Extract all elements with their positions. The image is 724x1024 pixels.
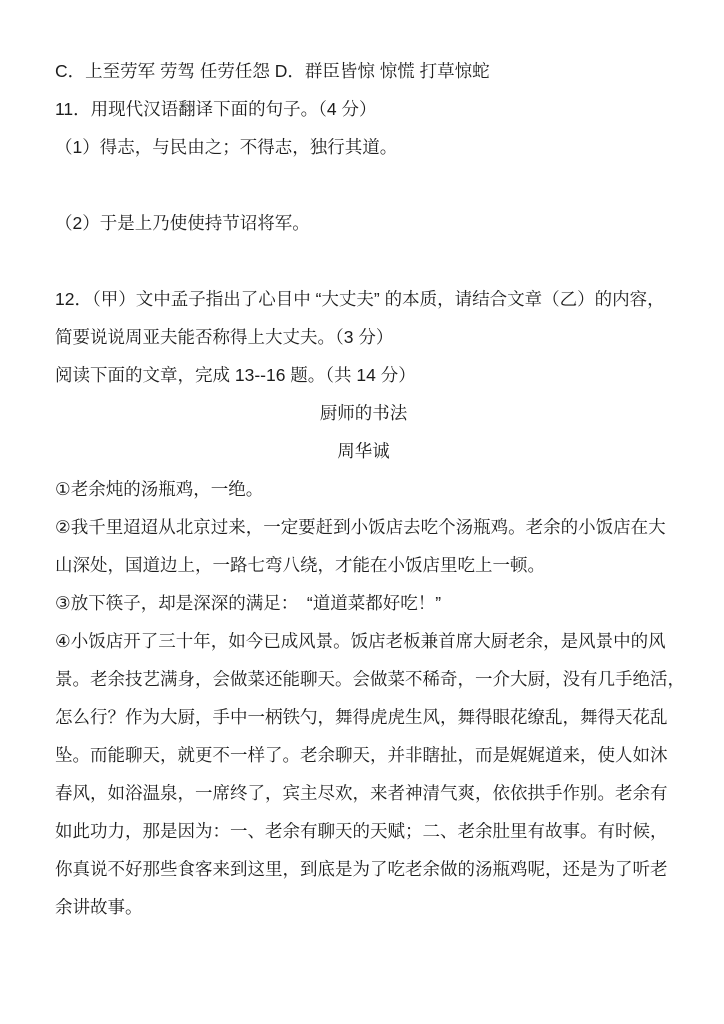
essay-paragraph-4-line-3: 怎么行？作为大厨，手中一柄铁勺，舞得虎虎生风，舞得眼花缭乱，舞得天花乱 [55, 698, 672, 736]
essay-paragraph-4-line-6: 如此功力，那是因为：一、老余有聊天的天赋；二、老余肚里有故事。有时候， [55, 812, 672, 850]
mcq-options-line-c-d: C．上至劳军 劳驾 任劳任怨 D．群臣皆惊 惊慌 打草惊蛇 [55, 52, 672, 90]
question-12-line-1: 12．（甲）文中孟子指出了心目中 “大丈夫” 的本质，请结合文章（乙）的内容， [55, 280, 672, 318]
essay-paragraph-2-line-1: ②我千里迢迢从北京过来，一定要赶到小饭店去吃个汤瓶鸡。老余的小饭店在大 [55, 508, 672, 546]
essay-paragraph-3: ③放下筷子，却是深深的满足： “道道菜都好吃！” [55, 584, 672, 622]
essay-paragraph-4-line-2: 景。老余技艺满身，会做菜还能聊天。会做菜不稀奇，一介大厨，没有几手绝活， [55, 660, 672, 698]
essay-paragraph-4-line-1: ④小饭店开了三十年，如今已成风景。饭店老板兼首席大厨老余，是风景中的风 [55, 622, 672, 660]
question-11-part-1: （1）得志，与民由之；不得志，独行其道。 [55, 128, 672, 166]
question-12-line-2: 简要说说周亚夫能否称得上大丈夫。（3 分） [55, 318, 672, 356]
question-11-part-2: （2）于是上乃使使持节诏将军。 [55, 204, 672, 242]
exam-document-page: C．上至劳军 劳驾 任劳任怨 D．群臣皆惊 惊慌 打草惊蛇 11．用现代汉语翻译… [0, 0, 724, 1024]
document-content: C．上至劳军 劳驾 任劳任怨 D．群臣皆惊 惊慌 打草惊蛇 11．用现代汉语翻译… [0, 0, 724, 926]
essay-paragraph-4-line-4: 坠。而能聊天，就更不一样了。老余聊天，并非瞎扯，而是娓娓道来，使人如沐 [55, 736, 672, 774]
essay-paragraph-4-line-5: 春风，如浴温泉，一席终了，宾主尽欢，来者神清气爽，依依拱手作别。老余有 [55, 774, 672, 812]
reading-instruction: 阅读下面的文章，完成 13--16 题。（共 14 分） [55, 356, 672, 394]
question-11-stem: 11．用现代汉语翻译下面的句子。（4 分） [55, 90, 672, 128]
essay-author: 周华诚 [55, 432, 672, 470]
essay-paragraph-2-line-2: 山深处，国道边上，一路七弯八绕，才能在小饭店里吃上一顿。 [55, 546, 672, 584]
essay-paragraph-4-line-7: 你真说不好那些食客来到这里，到底是为了吃老余做的汤瓶鸡呢，还是为了听老 [55, 850, 672, 888]
essay-paragraph-4-line-8: 余讲故事。 [55, 888, 672, 926]
essay-paragraph-1: ①老余炖的汤瓶鸡，一绝。 [55, 470, 672, 508]
essay-title: 厨师的书法 [55, 394, 672, 432]
